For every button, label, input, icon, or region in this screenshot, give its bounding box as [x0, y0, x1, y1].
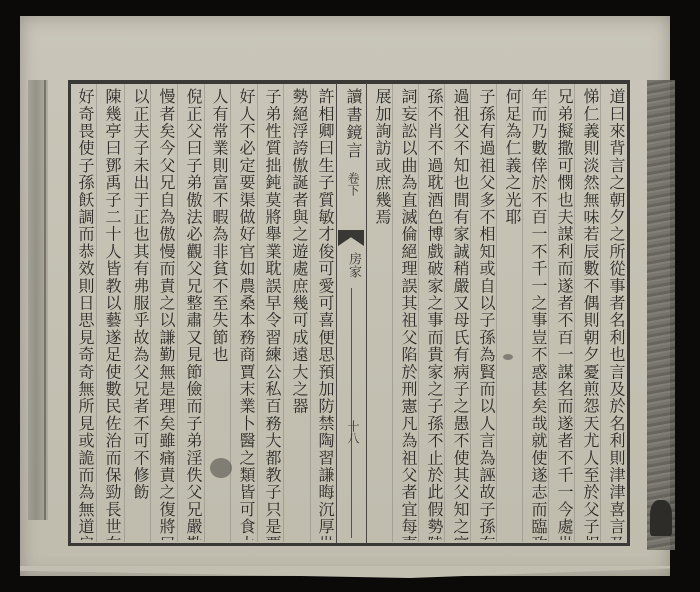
- text-column: 倪正父曰子弟傲法必觀父兄整肅又見節儉而子弟淫佚父兄嚴勤而子弟傲: [181, 88, 205, 540]
- volume-label: 卷下: [342, 172, 360, 196]
- text-column: 展加詢訪或庶幾焉: [370, 88, 394, 540]
- text-column: 年而乃數倖於不百一不千一之事豈不惑甚矣哉就使遂志而臨政不明亦: [526, 88, 550, 540]
- right-binding-mark: [650, 500, 672, 536]
- text-column: 兄弟擬撒可憫也夫謀利而遂者不百一謀名而遂者不千一今處世不能百: [552, 88, 576, 540]
- section-label: 房家: [343, 252, 361, 278]
- paper-torn-edge: [20, 566, 670, 578]
- ink-smudge: [503, 354, 513, 360]
- text-column: 以正夫子未出于正也其有弗服乎故為父兄者不可不修飭: [128, 88, 152, 540]
- left-binding-line: [44, 80, 46, 520]
- text-column: 道曰來背言之朝夕之所從事者名利也言及於名利則津津喜言及於孝: [604, 88, 628, 540]
- center-divider-line: [351, 288, 352, 538]
- text-column: 孫不肖不過耽酒色博戲破家之事而貴家之子孫不止於此假勢陵人飾: [422, 88, 446, 540]
- text-column: 子弟性質拙鈍莫將舉業耽誤早令習練公私百務大都教子只是要渠做: [260, 88, 284, 540]
- text-column: 好人不必定要渠做好官如農桑本務商賈末業卜醫之類皆可食力資身: [234, 88, 258, 540]
- page-number: 十八: [342, 420, 360, 444]
- text-column: 好奇畏使子孫飫調而恭效則日思見奇奇無所見或詭而為無道房遺: [73, 88, 97, 540]
- text-column: 陳幾亭曰鄧禹子二十人皆教以藝遂足使數民佐治而保勁長世在其中矣: [100, 88, 124, 540]
- ink-smudge: [210, 458, 232, 478]
- book-title: 讀書鏡言: [340, 88, 362, 160]
- text-column: 慢者矣今父兄自為傲慢而責之以謙勤無是理矣雖痛責之復將曰夫子教我: [154, 88, 178, 540]
- text-column: 過祖父不知也間有家誠稍嚴又母氏有病子之愚不使其父知之富家之子: [448, 88, 472, 540]
- right-binding-strip: [647, 80, 675, 550]
- column-rule: [124, 84, 125, 542]
- text-column: 悌仁義則淡然無味若辰數不偶則朝夕憂煎怨天尤人至於父子相夷: [578, 88, 602, 540]
- text-column: 勢絕浮誇傲誕者與之遊處庶幾可成遠大之器: [287, 88, 311, 540]
- text-column: 許相卿曰生子質敏才俊可愛可喜便思預加防禁陶習謙晦沉厚世情: [313, 88, 337, 540]
- text-column: 詞妄訟以曲為直滅倫絕理誤其祖父陷於刑憲凡為祖父者宜每事關防: [396, 88, 420, 540]
- text-column: 何足為仁義之光耶: [500, 88, 524, 540]
- text-column: 子孫有過祖父多不相知或自以子孫為賢而以人言為誣故子孫有彌天之: [474, 88, 498, 540]
